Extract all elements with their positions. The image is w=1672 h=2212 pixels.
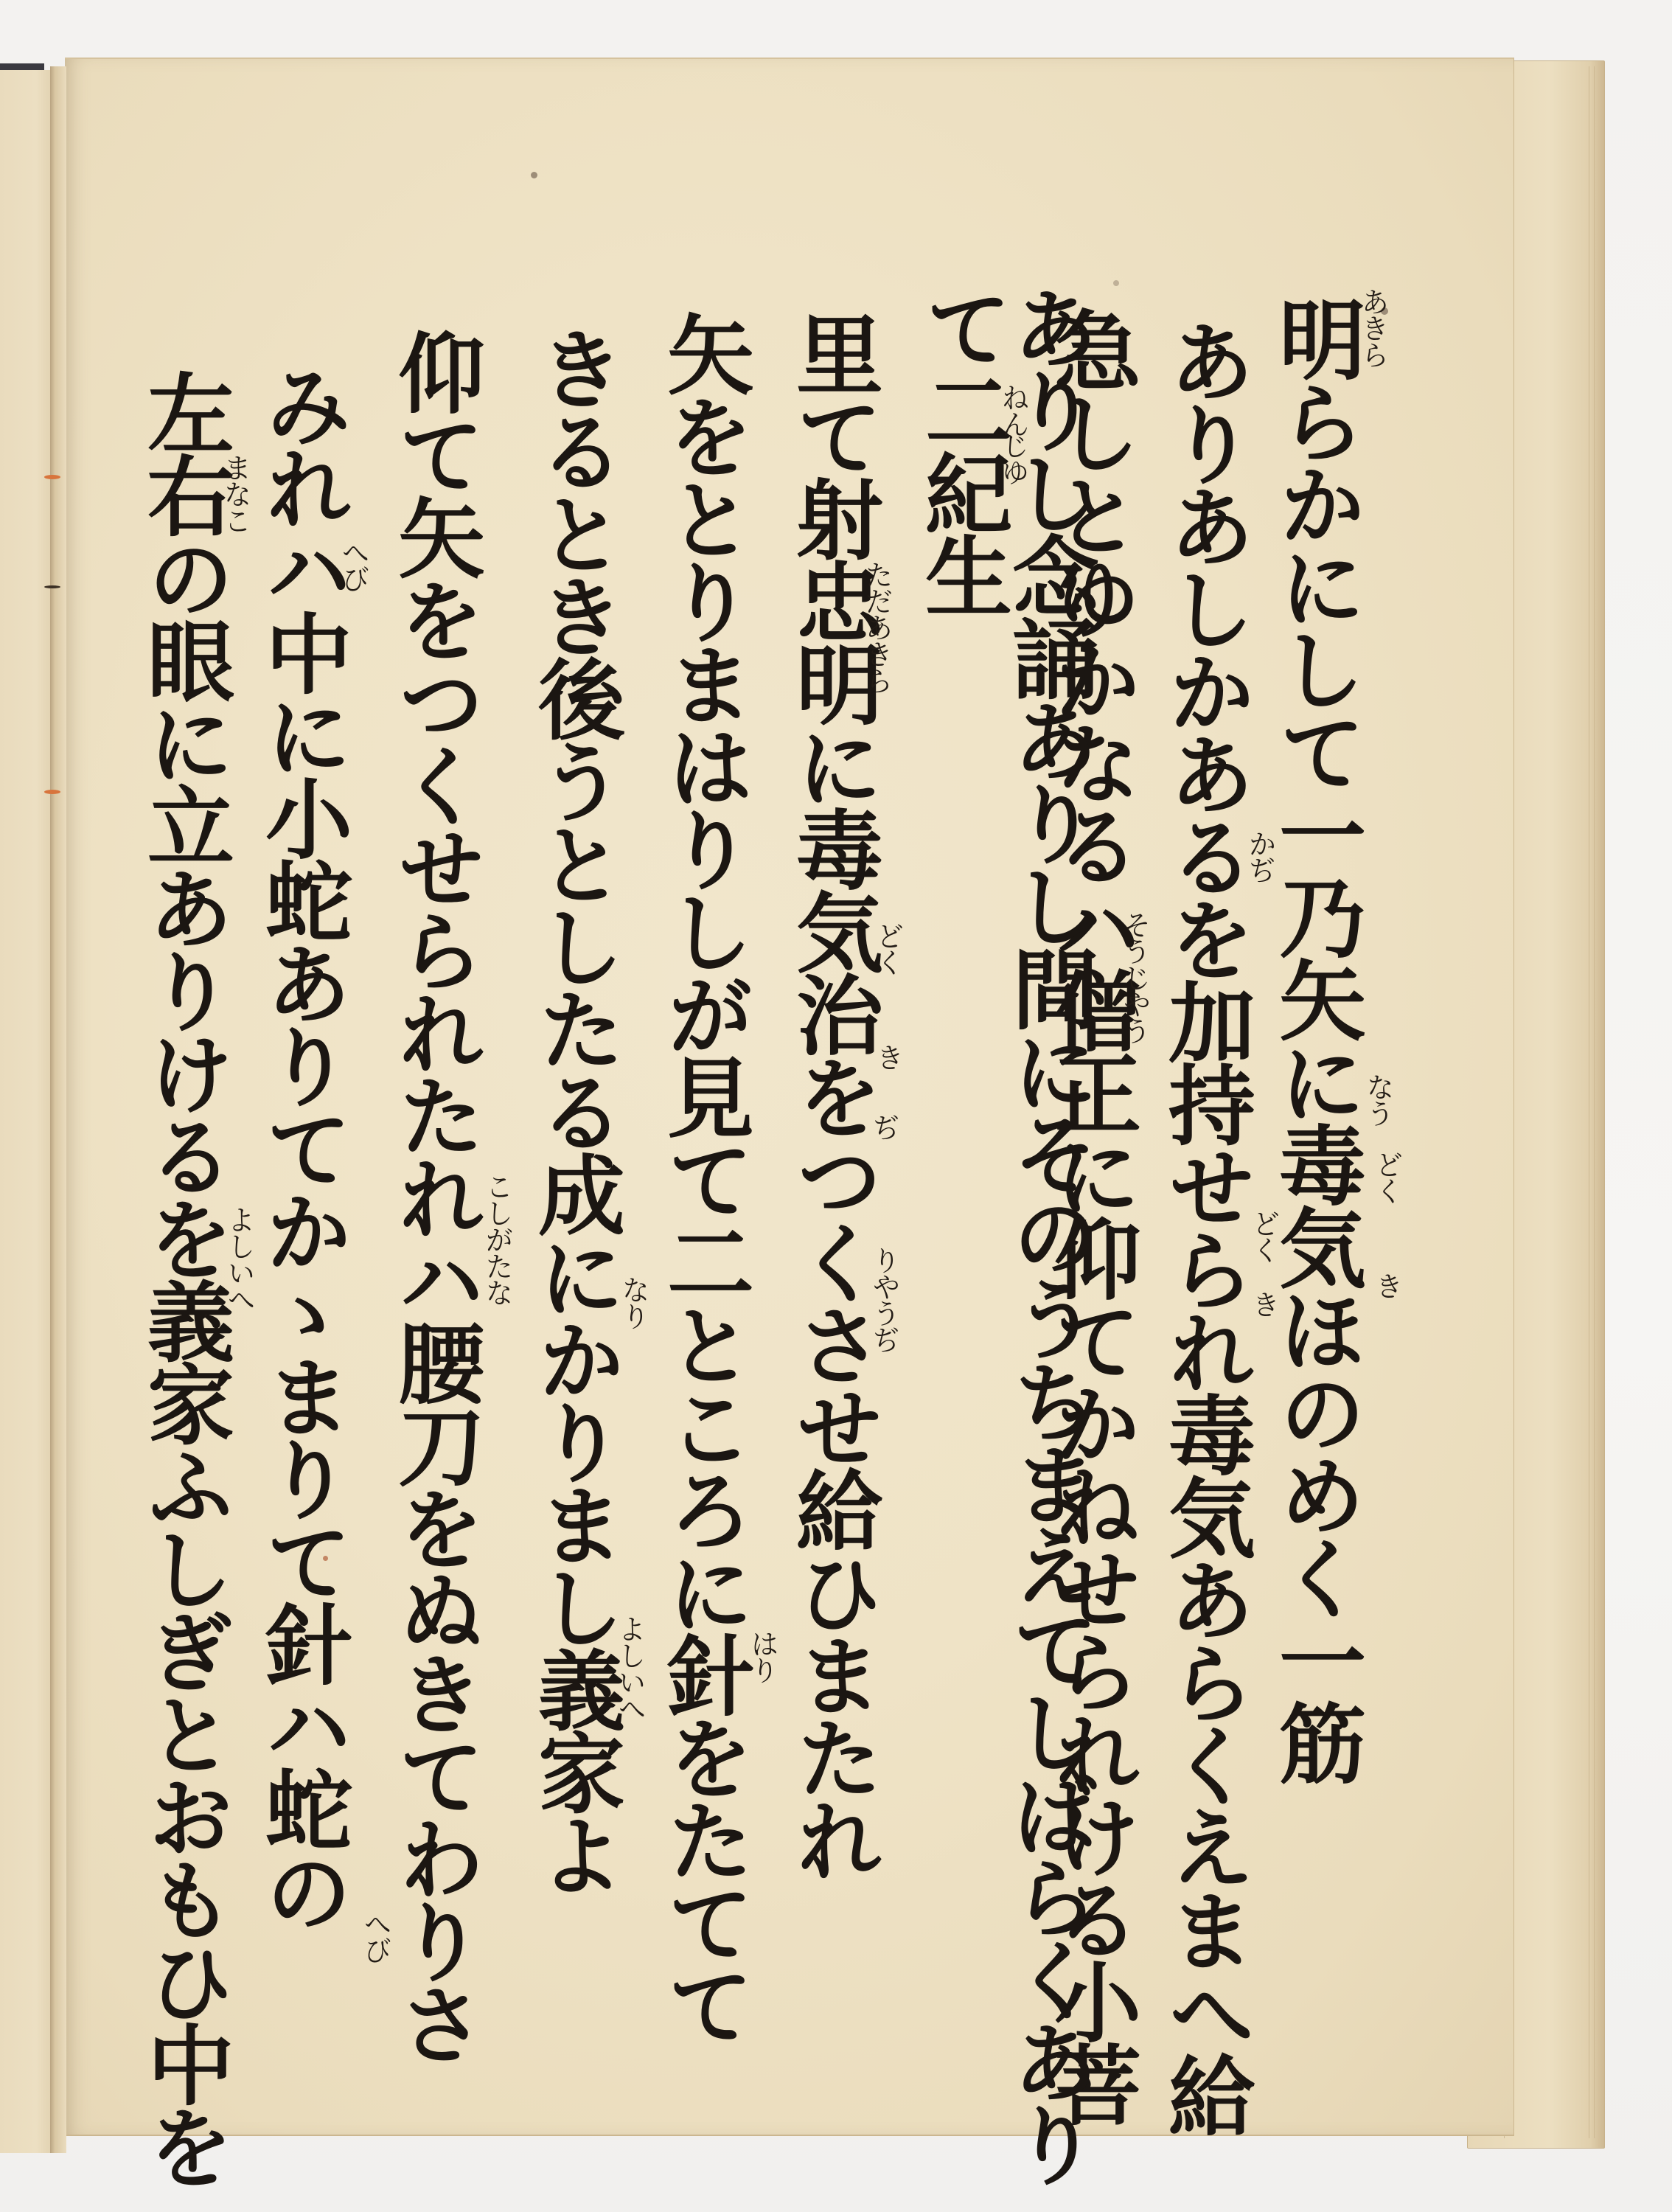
- page-edge-line: [1594, 66, 1595, 2138]
- binding-stitch: [44, 790, 60, 794]
- left-page-strip: [0, 70, 52, 2153]
- furigana: よしいへ: [225, 1206, 253, 1312]
- furigana: き: [1373, 1272, 1401, 1298]
- furigana: あきら: [1359, 288, 1387, 367]
- furigana: どく: [1373, 1150, 1401, 1203]
- furigana: へび: [361, 1910, 389, 1963]
- furigana: ねん: [999, 383, 1027, 437]
- text-column-9: みれハ中に小蛇ありてかゝまりて針ハ蛇の: [258, 361, 345, 1930]
- furigana: そうじやう: [1121, 911, 1149, 1043]
- text-column-8: 仰て矢をつくせられたれハ腰刀をぬきてわりさ: [391, 328, 478, 2062]
- furigana: なり: [619, 1276, 647, 1329]
- furigana: まなこ: [221, 453, 249, 533]
- text-column-1: 明らかにして一乃矢に毒気ほのめく一筋: [1272, 295, 1359, 1781]
- foxing-spot: [531, 172, 537, 178]
- furigana: き: [874, 1043, 902, 1070]
- furigana: なう: [1364, 1073, 1392, 1126]
- photograph-scene: 明らかにして一乃矢に毒気ほのめく一筋 あきら なう どく き ありあしかあるを加…: [0, 0, 1672, 2212]
- page-edge-line: [1589, 66, 1589, 2138]
- text-column-7: きるとき後うとしたる成にかりまし義家よ: [531, 324, 618, 1893]
- binding-stitch: [44, 585, 60, 588]
- furigana: よしいへ: [616, 1615, 644, 1721]
- binding-stitch: [44, 475, 60, 479]
- furigana: へび: [339, 538, 367, 591]
- furigana: こしがたな: [483, 1172, 511, 1305]
- foxing-spot: [1113, 280, 1119, 286]
- furigana: ただあきら: [863, 560, 891, 693]
- text-column-4: ありし念誦ありし間にそのうちまえてしばらくありて二紀生: [918, 284, 1092, 2212]
- binding-gutter: [50, 66, 66, 2153]
- furigana: かぢ: [1246, 829, 1274, 883]
- text-column-6: 矢をとりまはりしが見て二ところに針をたてて: [660, 310, 747, 2044]
- furigana: き: [1250, 1290, 1278, 1317]
- furigana: はり: [748, 1630, 776, 1683]
- furigana: どく: [1250, 1209, 1278, 1262]
- furigana: りやうぢ: [870, 1246, 898, 1352]
- furigana: じゆ: [999, 431, 1027, 484]
- furigana: ぢ: [870, 1113, 898, 1140]
- text-column-10: 左右の眼に立ありけるを義家ふしぎとおもひ中を: [140, 369, 227, 2185]
- furigana: どく: [874, 922, 902, 975]
- text-column-2: ありあしかあるを加持せられ毒気あらくえまへ給: [1161, 317, 1248, 2134]
- text-column-5: 里て射忠明に毒気治をつくさせ給ひまたれ: [789, 310, 876, 1879]
